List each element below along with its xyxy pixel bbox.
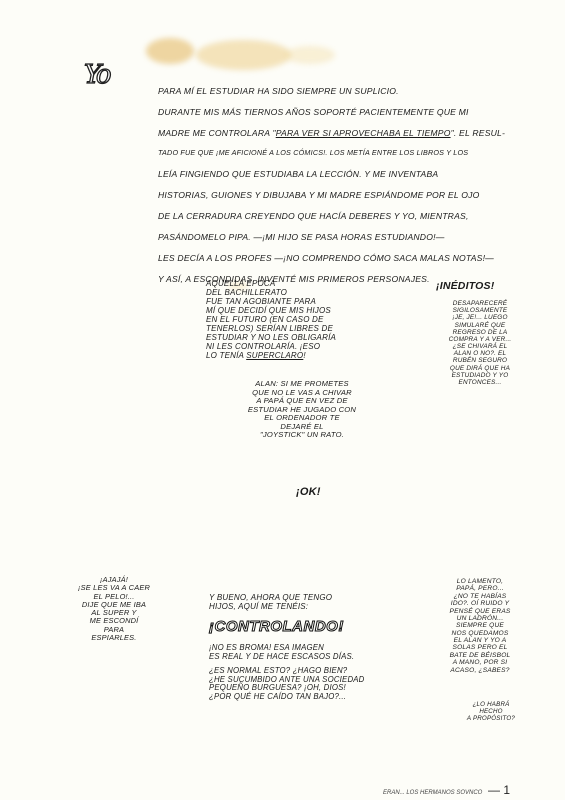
paper-stain xyxy=(196,40,291,70)
intro-underlined: para ver si aprovechaba el tiempo xyxy=(276,128,451,138)
lamento-dialogue: Lo lamento, papá, pero... ¿no te habías … xyxy=(440,578,520,674)
paper-stain xyxy=(285,46,335,64)
intro-line: de la cerradura creyendo que hacía deber… xyxy=(158,211,528,221)
bueno-intro: Y bueno, ahora que tengo hijos, aquí me … xyxy=(209,594,379,612)
intro-line: historias, guiones y dibujaba y mi madre… xyxy=(158,190,528,200)
ajaja-dialogue: ¡Ajajá! ¡se les va a caer el pelo!... Di… xyxy=(78,576,150,642)
ok-dialogue: ¡OK! xyxy=(296,486,321,498)
intro-text: madre me controlara " xyxy=(158,128,276,138)
intro-line: Para mí el estudiar ha sido siempre un s… xyxy=(158,86,528,96)
ineditos-title: ¡Inéditos! xyxy=(436,281,494,293)
paper-stain xyxy=(146,38,194,64)
intro-line: Durante mis más tiernos años soporté pac… xyxy=(158,107,528,117)
intro-line: leía fingiendo que estudiaba la lección.… xyxy=(158,169,528,179)
footer-label: Eran... los hermanos Sovnco xyxy=(383,790,482,796)
alan-dialogue: Alan: si me prometes que no le vas a chi… xyxy=(222,380,382,440)
page-number: — 1 xyxy=(488,783,510,797)
epoca-text: Aquella época del bachillerato fue tan a… xyxy=(206,279,336,360)
broma-text: ¡No es broma! Esa imagen es real y de ha… xyxy=(209,644,379,661)
normal-text: ¿Es normal esto? ¿Hago bien? ¿He sucumbi… xyxy=(209,667,389,702)
intro-text: ". El resul- xyxy=(451,128,506,138)
proposito-dialogue: ¿Lo habrá hecho a propósito? xyxy=(466,702,516,723)
page-footer: Eran... los hermanos Sovnco — 1 xyxy=(383,783,510,797)
intro-line: pasándomelo pipa. —¡Mi hijo se pasa hora… xyxy=(158,232,528,242)
page-number-value: 1 xyxy=(503,783,510,797)
yo-heading: Yo xyxy=(84,60,109,90)
ineditos-dialogue: Desapareceré sigilosamente ¡je, je!... L… xyxy=(445,300,515,386)
epoca-underlined: superclaro xyxy=(246,351,303,360)
intro-paragraph: Para mí el estudiar ha sido siempre un s… xyxy=(158,76,528,294)
epoca-paragraph: Aquella época del bachillerato fue tan a… xyxy=(206,280,376,361)
epoca-text: ! xyxy=(303,351,305,360)
intro-line: tado fue que ¡me aficioné a los cómics!.… xyxy=(158,149,528,158)
intro-line: les decía a los profes —¡No comprendo có… xyxy=(158,253,528,263)
intro-line: madre me controlara "para ver si aprovec… xyxy=(158,128,528,138)
controlando-heading: ¡Controlando! xyxy=(209,618,344,635)
